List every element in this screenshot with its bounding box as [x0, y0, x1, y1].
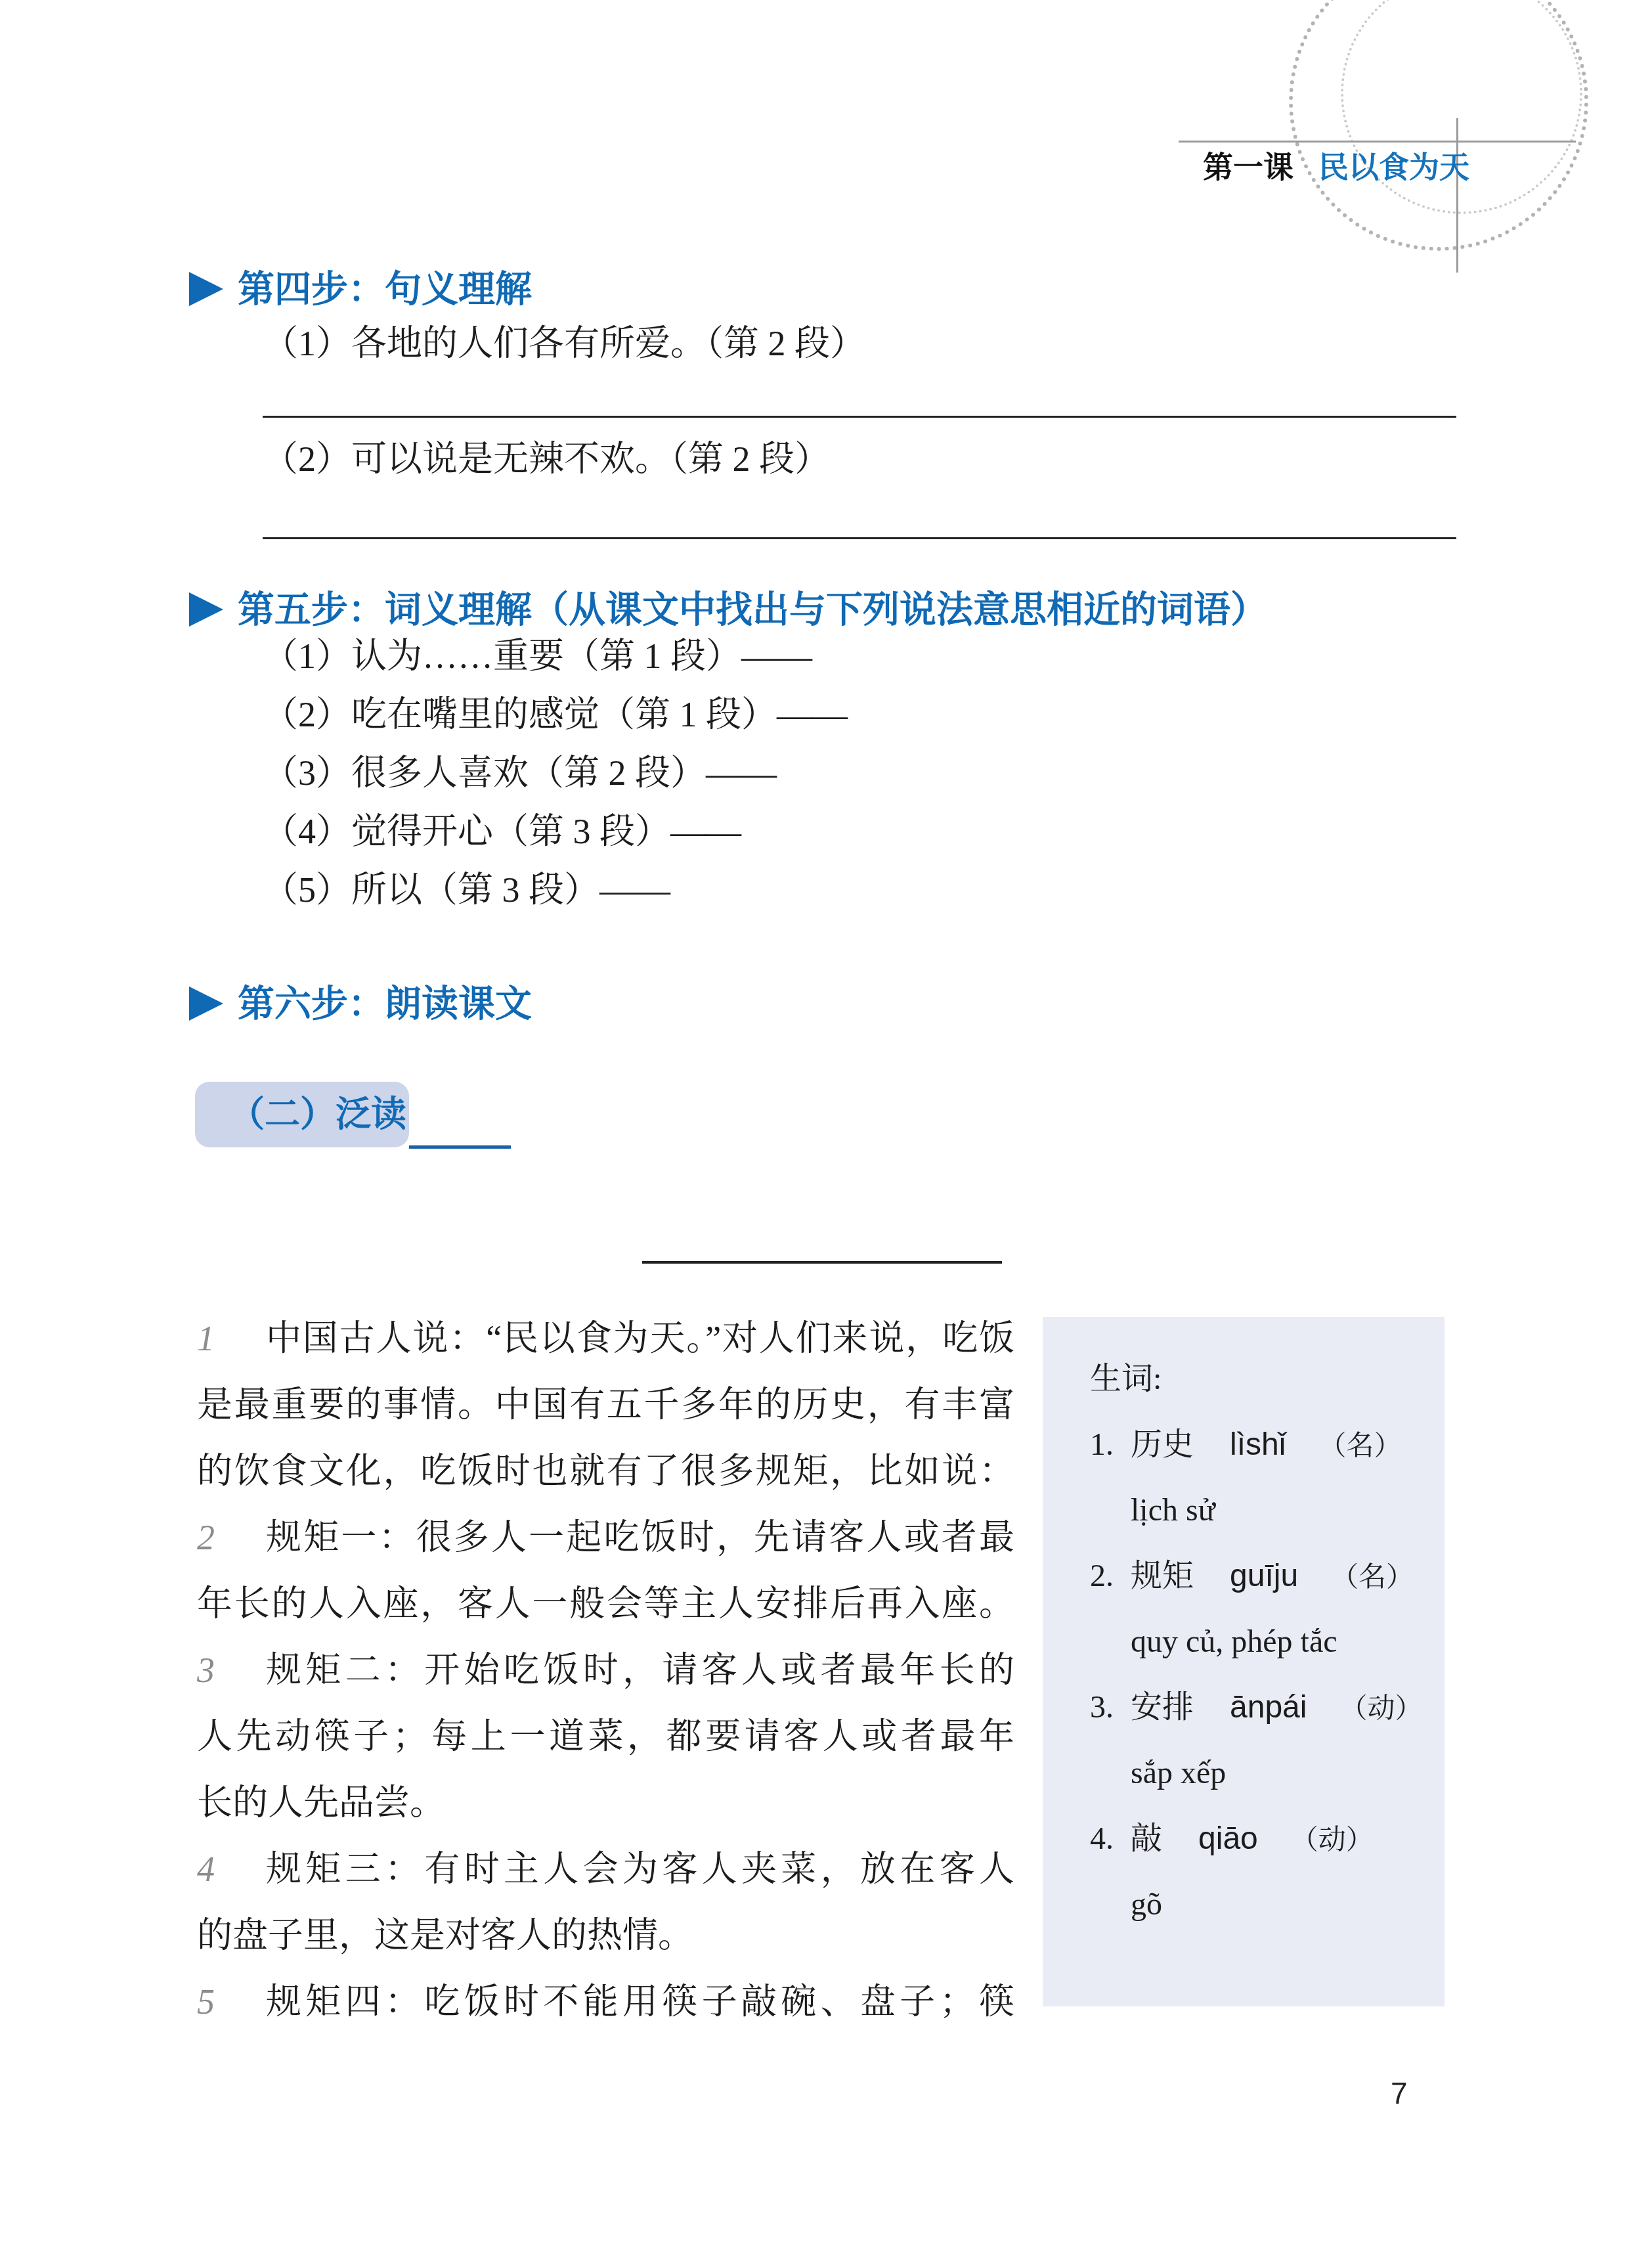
vocab-hanzi: 敲: [1131, 1806, 1162, 1872]
paragraph-number: 4: [197, 1836, 266, 1903]
passage-line: 人先动筷子；每上一道菜，都要请客人或者最年: [197, 1704, 1014, 1770]
vocab-hanzi: 安排: [1131, 1675, 1194, 1740]
vocab-panel: 生词: 1. 历史 lìshǐ （名） lịch sử 2. 规矩 guīju …: [1043, 1317, 1445, 2006]
passage-line: 3 规矩二：开始吃饭时，请客人或者最年长的: [197, 1637, 1014, 1704]
vocab-vietnamese: gõ: [1090, 1872, 1425, 1937]
passage-line: 的饮食文化，吃饭时也就有了很多规矩，比如说：: [197, 1438, 1014, 1505]
vocab-entry: 1. 历史 lìshǐ （名）: [1090, 1412, 1425, 1478]
passage-line: 4 规矩三：有时主人会为客人夹菜，放在客人: [197, 1836, 1014, 1903]
step6-heading: 第六步：朗读课文: [189, 983, 532, 1025]
section-badge: （二）泛读: [195, 1082, 409, 1147]
vocab-pos: （名）: [1331, 1545, 1414, 1610]
word-item-1: （1）认为……重要（第 1 段）——: [263, 627, 848, 686]
passage-line: 长的人先品尝。: [197, 1770, 1014, 1836]
vocab-pinyin: qiāo: [1198, 1806, 1258, 1872]
passage-text: 规矩一：很多人一起吃饭时，先请客人或者最: [266, 1505, 1014, 1571]
vocab-pos: （动）: [1339, 1676, 1422, 1742]
header-vertical-rule: [1456, 118, 1458, 273]
lesson-number: 第一课: [1203, 150, 1293, 184]
sentence-item-1: （1）各地的人们各有所爱。（第 2 段）: [263, 323, 865, 364]
vocab-pinyin: ānpái: [1230, 1675, 1307, 1740]
vocab-num: 3.: [1090, 1675, 1131, 1740]
vocab-entry: 4. 敲 qiāo （动）: [1090, 1806, 1425, 1872]
word-item-5: （5）所以（第 3 段）——: [263, 861, 848, 919]
vocab-entry: 2. 规矩 guīju （名）: [1090, 1543, 1425, 1609]
step4-label: 第四步：句义理解: [238, 268, 532, 310]
page-number: 7: [1391, 2075, 1408, 2111]
vocab-title: 生词:: [1090, 1346, 1425, 1412]
vocab-vietnamese: lịch sử: [1090, 1478, 1425, 1543]
passage-divider: [642, 1261, 1002, 1264]
triangle-bullet-icon: [189, 986, 223, 1021]
passage-text: 规矩四：吃饭时不能用筷子敲碗、盘子；筷: [266, 1969, 1014, 2035]
passage-line: 年长的人入座，客人一般会等主人安排后再入座。: [197, 1571, 1014, 1637]
word-items-list: （1）认为……重要（第 1 段）—— （2）吃在嘴里的感觉（第 1 段）—— （…: [263, 627, 848, 919]
step4-heading: 第四步：句义理解: [189, 268, 532, 310]
paragraph-number: 3: [197, 1637, 266, 1704]
word-item-4: （4）觉得开心（第 3 段）——: [263, 803, 848, 861]
passage-text: 规矩二：开始吃饭时，请客人或者最年长的: [266, 1637, 1014, 1704]
step5-heading: 第五步：词义理解（从课文中找出与下列说法意思相近的词语）: [189, 588, 1267, 631]
vocab-pinyin: guīju: [1230, 1543, 1298, 1609]
lesson-title: 民以食为天: [1318, 150, 1469, 184]
triangle-bullet-icon: [189, 272, 223, 306]
triangle-bullet-icon: [189, 592, 223, 627]
vocab-pos: （动）: [1291, 1807, 1374, 1873]
step5-label: 第五步：词义理解（从课文中找出与下列说法意思相近的词语）: [238, 588, 1267, 631]
word-item-3: （3）很多人喜欢（第 2 段）——: [263, 744, 848, 803]
vocab-vietnamese: quy củ, phép tắc: [1090, 1609, 1425, 1675]
vocab-hanzi: 规矩: [1131, 1543, 1194, 1609]
passage-text: 中国古人说：“民以食为天。”对人们来说，吃饭: [266, 1306, 1014, 1372]
page-header: 第一课 民以食为天: [1203, 150, 1469, 184]
vocab-vietnamese: sắp xếp: [1090, 1740, 1425, 1806]
vocab-num: 2.: [1090, 1543, 1131, 1609]
vocab-pos: （名）: [1318, 1413, 1401, 1479]
paragraph-number: 1: [197, 1306, 266, 1372]
paragraph-number: 2: [197, 1505, 266, 1571]
vocab-hanzi: 历史: [1131, 1412, 1194, 1478]
sentence-item-2: （2）可以说是无辣不欢。（第 2 段）: [263, 439, 830, 479]
vocab-pinyin: lìshǐ: [1230, 1412, 1286, 1478]
answer-blank-line-1: [263, 416, 1456, 418]
answer-blank-line-2: [263, 537, 1456, 539]
passage-line: 5 规矩四：吃饭时不能用筷子敲碗、盘子；筷: [197, 1969, 1014, 2035]
passage-line: 的盘子里，这是对客人的热情。: [197, 1903, 1014, 1969]
word-item-2: （2）吃在嘴里的感觉（第 1 段）——: [263, 686, 848, 744]
passage-line: 2 规矩一：很多人一起吃饭时，先请客人或者最: [197, 1505, 1014, 1571]
passage-line: 1 中国古人说：“民以食为天。”对人们来说，吃饭: [197, 1306, 1014, 1372]
vocab-num: 4.: [1090, 1806, 1131, 1872]
passage-line: 是最重要的事情。中国有五千多年的历史，有丰富: [197, 1372, 1014, 1438]
textbook-page: 第一课 民以食为天 第四步：句义理解 （1）各地的人们各有所爱。（第 2 段） …: [0, 0, 1652, 2258]
vocab-entry: 3. 安排 ānpái （动）: [1090, 1675, 1425, 1740]
vocab-num: 1.: [1090, 1412, 1131, 1478]
section-underline: [409, 1145, 511, 1149]
header-horizontal-rule: [1179, 141, 1576, 143]
step6-label: 第六步：朗读课文: [238, 983, 532, 1025]
passage-text: 规矩三：有时主人会为客人夹菜，放在客人: [266, 1836, 1014, 1903]
paragraph-number: 5: [197, 1969, 266, 2035]
